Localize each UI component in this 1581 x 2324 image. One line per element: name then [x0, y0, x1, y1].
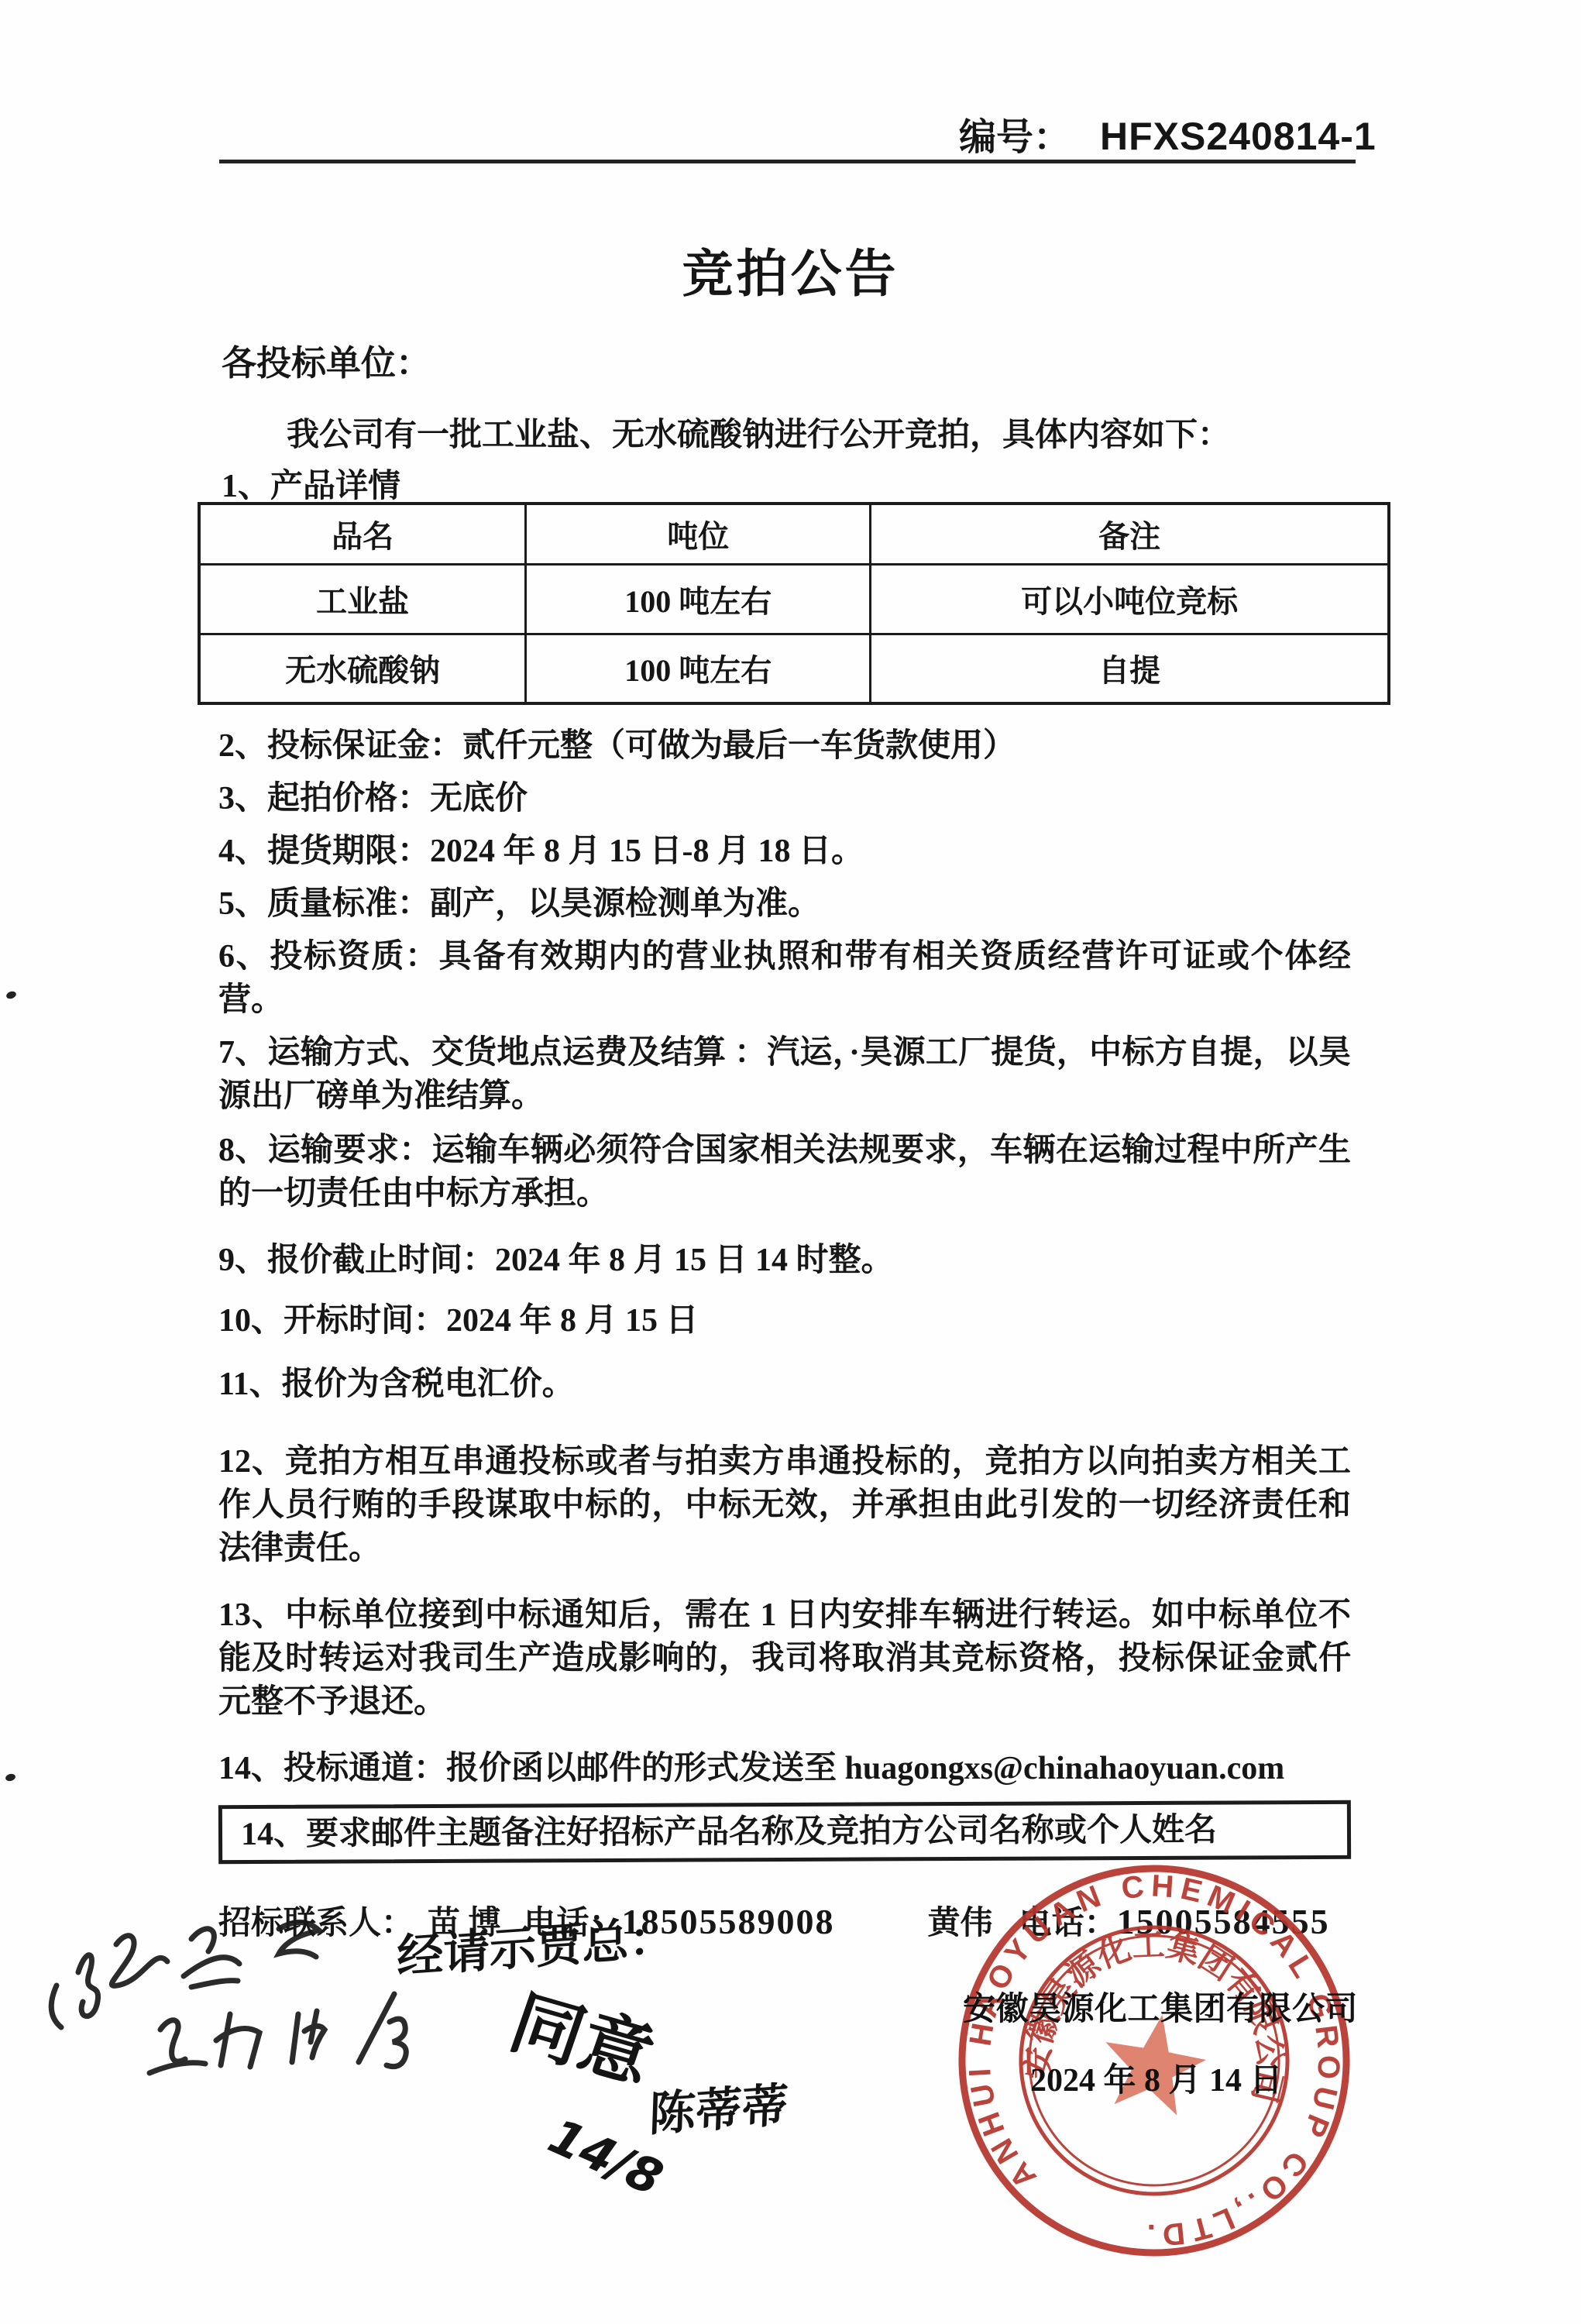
clause-item: 10、开标时间：2024 年 8 月 15 日 — [218, 1299, 1351, 1342]
phone-label-1: 电话： — [524, 1902, 622, 1945]
boxed-note-text: 14、要求邮件主题备注好招标产品名称及竞拍方公司名称或个人姓名 — [241, 1809, 1217, 1856]
boxed-note: 14、要求邮件主题备注好招标产品名称及竞拍方公司名称或个人姓名 — [218, 1800, 1351, 1864]
handwritten-signature-name: 陈蒂蒂 — [648, 2068, 790, 2145]
table-row: 无水硫酸钠 100 吨左右 自提 — [199, 634, 1389, 703]
col-header-tonnage: 吨位 — [526, 504, 871, 564]
clause-item: 13、中标单位接到中标通知后，需在 1 日内安排车辆进行转运。如中标单位不能及时… — [218, 1593, 1351, 1724]
col-header-remark: 备注 — [871, 504, 1389, 564]
ref-number: HFXS240814-1 — [1100, 115, 1377, 158]
phone-label-2: 电话： — [1019, 1902, 1117, 1945]
company-name-line: 安徽昊源化工集团有限公司 — [963, 1983, 1358, 2030]
contact-line: 招标联系人： 苗 博 电话： 18505589008 黄伟 电话： 150055… — [218, 1900, 1351, 1945]
cell-product-name: 工业盐 — [199, 564, 526, 634]
phone-number-2: 15005584555 — [1117, 1900, 1330, 1944]
table-row: 工业盐 100 吨左右 可以小吨位竞标 — [199, 564, 1389, 634]
header-rule — [219, 160, 1356, 163]
contact-label: 招标联系人： — [218, 1902, 414, 1945]
page-title: 竞拍公告 — [0, 232, 1581, 306]
seal-star-icon — [1095, 2006, 1212, 2118]
scan-artifact-dot — [5, 1772, 16, 1782]
handwritten-date-mark: 14/8 — [541, 2107, 672, 2207]
cell-tonnage: 100 吨左右 — [526, 564, 871, 634]
clause-list: 2、投标保证金：贰仟元整（可做为最后一车货款使用） 3、起拍价格：无底价 4、提… — [218, 701, 1351, 1945]
ref-label: 编号： — [959, 117, 1071, 158]
clause-item: 9、报价截止时间：2024 年 8 月 15 日 14 时整。 — [218, 1239, 1351, 1282]
clause-item: 11、报价为含税电汇价。 — [218, 1363, 1351, 1406]
document-page: 编号：HFXS240814-1 竞拍公告 各投标单位： 我公司有一批工业盐、无水… — [0, 0, 1581, 2324]
issue-date-line: 2024 年 8 月 14 日 — [1030, 2054, 1283, 2101]
clause-item: 2、投标保证金：贰仟元整（可做为最后一车货款使用） — [218, 724, 1351, 768]
clause-item: 14、投标通道：报价函以邮件的形式发送至 huagongxs@chinahaoy… — [218, 1747, 1351, 1790]
clause-item: 7、运输方式、交货地点运费及结算 ：汽运，·昊源工厂提货，中标方自提，以昊源出厂… — [218, 1031, 1351, 1118]
cell-remark: 自提 — [871, 634, 1389, 703]
phone-number-1: 18505589008 — [622, 1900, 835, 1944]
col-header-name: 品名 — [199, 504, 526, 564]
clause-item: 5、质量标准：副产，以昊源检测单为准。 — [218, 882, 1351, 926]
scan-artifact-dot — [5, 990, 17, 1000]
clause-item: 3、起拍价格：无底价 — [218, 777, 1351, 820]
cell-tonnage: 100 吨左右 — [526, 634, 871, 703]
cell-remark: 可以小吨位竞标 — [871, 564, 1389, 634]
table-header-row: 品名 吨位 备注 — [199, 504, 1389, 564]
salutation: 各投标单位： — [222, 335, 431, 385]
product-table: 品名 吨位 备注 工业盐 100 吨左右 可以小吨位竞标 无水硫酸钠 100 吨… — [198, 502, 1390, 705]
contact-name-1: 苗 博 — [428, 1902, 501, 1945]
ref-number-line: 编号：HFXS240814-1 — [959, 107, 1377, 160]
clause-item: 8、运输要求：运输车辆必须符合国家相关法规要求，车辆在运输过程中所产生的一切责任… — [218, 1129, 1351, 1215]
clause-item: 4、提货期限：2024 年 8 月 15 日-8 月 18 日。 — [218, 830, 1351, 873]
clause-item: 12、竞拍方相互串通投标或者与拍卖方串通投标的，竞拍方以向拍卖方相关工作人员行贿… — [218, 1440, 1351, 1570]
intro-paragraph: 我公司有一批工业盐、无水硫酸钠进行公开竞拍，具体内容如下： — [220, 409, 1366, 456]
cell-product-name: 无水硫酸钠 — [199, 634, 526, 703]
handwritten-agree: 同意 — [499, 1966, 669, 2102]
section1-heading: 1、产品详情 — [222, 460, 400, 507]
clause-item: 6、投标资质：具备有效期内的营业执照和带有相关资质经营许可证或个体经营。 — [218, 935, 1351, 1022]
contact-name-2: 黄伟 — [928, 1902, 993, 1945]
